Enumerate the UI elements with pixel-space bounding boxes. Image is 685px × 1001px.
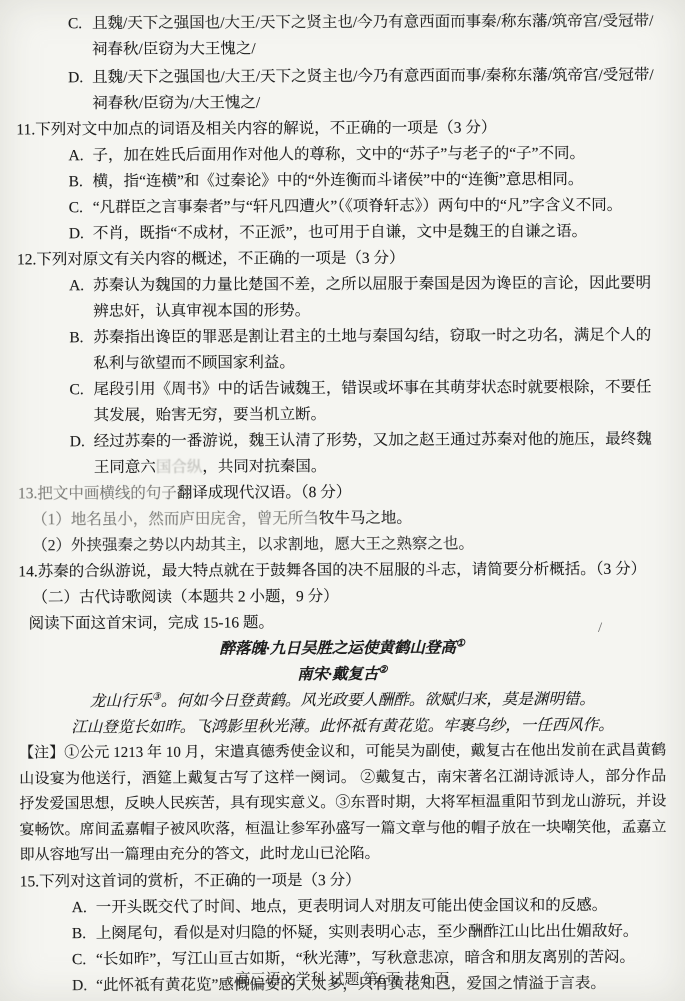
question-12-option-a: A. 苏秦认为魏国的力量比楚国不差，之所以屈服于秦国是因为谗臣的言论，因此要明辨… xyxy=(17,271,664,326)
question-14-stem: 14.苏秦的合纵游说，最大特点就在于鼓舞各国的决不屈服的斗志，请简要分析概括。（… xyxy=(18,557,665,586)
option-label: C. xyxy=(69,377,83,403)
question-12-option-d: D. 经过苏秦的一番游说，魏王认清了形势，又加之赵王通过苏秦对他的施压，最终魏王… xyxy=(18,427,665,482)
question-12-option-b: B. 苏秦指出谗臣的罪恶是割让君主的土地与秦国勾结，窃取一时之功名，满足个人的私… xyxy=(17,323,664,378)
page-footer: 高三语文学科 试题 第6页 共 8 页 xyxy=(0,968,685,989)
question-15-option-b: B. 上阕尾句，看似是对归隐的怀疑，实则表明心志，至少酬酢江山比出仕媚敌好。 xyxy=(20,918,667,947)
option-text: “凡群臣之言事秦者”与“轩凡四遭火”（《项脊轩志》）两句中的“凡”字含义不同。 xyxy=(93,197,623,216)
question-15-stem: 15.下列对这首词的赏析，不正确的一项是（3 分） xyxy=(20,866,667,895)
option-text: 苏秦指出谗臣的罪恶是割让君主的土地与秦国勾结，窃取一时之功名，满足个人的私利与欲… xyxy=(93,327,651,372)
option-label: A. xyxy=(69,273,84,299)
poem-line-1: 龙山行乐③。何如今日登黄鹤。风光政要人酬酢。欲赋归来，莫是渊明错。 xyxy=(19,687,666,716)
option-text: 横，指“连横”和《过秦论》中的“外连衡而斗诸侯”中的“连衡”意思相同。 xyxy=(93,171,584,190)
section-2-intro: 阅读下面这首宋词，完成 15-16 题。 xyxy=(28,609,665,638)
question-13-stem: 13.把文中画横线的句子翻译成现代汉语。（8 分） xyxy=(18,479,665,508)
poem-line-2: 江山登览长如昨。飞鸿影里秋光薄。此怀祗有黄花览。牢裹乌纱，一任西风作。 xyxy=(19,713,666,742)
section-2-heading: （二）古代诗歌阅读（本题共 2 小题，9 分） xyxy=(32,583,665,612)
question-11-option-a: A. 子，加在姓氏后面用作对他人的尊称，文中的“苏子”与老子的“子”不同。 xyxy=(16,141,663,170)
option-label: A. xyxy=(68,143,83,169)
option-label: B. xyxy=(69,325,83,351)
option-text: 一开头既交代了时间、地点，更表明词人对朋友可能出使金国议和的反感。 xyxy=(96,896,608,915)
poem-author-text: 南宋·戴复古 xyxy=(297,666,378,683)
option-text: “长如昨”，写江山亘古如斯，“秋光薄”，写秋意悲凉，暗含和朋友离别的苦闷。 xyxy=(96,948,635,967)
option-label: C. xyxy=(69,195,83,221)
scan-artifact-slash: / xyxy=(598,620,602,637)
question-11-option-d: D. 不肖，既指“不成材，不正派”，也可用于自谦，文中是魏王的自谦之语。 xyxy=(17,219,664,248)
option-label: B. xyxy=(69,169,83,195)
question-12-option-c: C. 尾段引用《周书》中的话告诫魏王，错误或坏事在其萌芽状态时就要根除，不要任其… xyxy=(17,375,664,430)
option-text: 不肖，既指“不成材，不正派”，也可用于自谦，文中是魏王的自谦之语。 xyxy=(93,223,587,242)
option-label: B. xyxy=(72,921,86,947)
option-label: D. xyxy=(70,429,85,455)
poem-title: 醉落魄·九日吴胜之运使黄鹤山登高① xyxy=(19,635,666,664)
exam-page: C. 且魏/天下之强国也/大王/天下之贤主也/今乃有意西面而事秦/称东藩/筑帝宫… xyxy=(0,0,685,999)
option-text: 上阕尾句，看似是对归隐的怀疑，实则表明心志，至少酬酢江山比出仕媚敌好。 xyxy=(96,922,639,941)
option-label: A. xyxy=(72,895,87,921)
option-text: 子，加在姓氏后面用作对他人的尊称，文中的“苏子”与老子的“子”不同。 xyxy=(92,145,585,164)
option-label: C. xyxy=(68,11,82,37)
question-10-option-c: C. 且魏/天下之强国也/大王/天下之贤主也/今乃有意西面而事秦/称东藩/筑帝宫… xyxy=(16,9,663,64)
option-text: 且魏/天下之强国也/大王/天下之贤主也/今乃有意西面而事/秦称东藩/筑帝宫/受冠… xyxy=(92,67,654,112)
option-text: ，共同对抗秦国。 xyxy=(202,458,326,476)
question-12-stem: 12.下列对原文有关内容的概述，不正确的一项是（3 分） xyxy=(17,245,664,274)
question-11-option-b: B. 横，指“连横”和《过秦论》中的“外连衡而斗诸侯”中的“连衡”意思相同。 xyxy=(17,167,664,196)
question-13-stem-text: 翻译成现代汉语。（8 分） xyxy=(177,484,351,502)
question-10-option-d: D. 且魏/天下之强国也/大王/天下之贤主也/今乃有意西面而事/秦称东藩/筑帝宫… xyxy=(16,63,663,118)
option-text: 苏秦认为魏国的力量比楚国不差，之所以屈服于秦国是因为谗臣的言论，因此要明辨忠奸，… xyxy=(93,275,651,320)
question-15-option-a: A. 一开头既交代了时间、地点，更表明词人对朋友可能出使金国议和的反感。 xyxy=(20,892,667,921)
poem-line-1-head: 龙山行乐 xyxy=(90,693,152,710)
note-ref-2: ② xyxy=(378,665,387,676)
option-text: 且魏/天下之强国也/大王/天下之贤主也/今乃有意西面而事秦/称东藩/筑帝宫/受冠… xyxy=(92,13,654,58)
option-text-faded: 国合纵 xyxy=(156,459,203,476)
poem-line-1-tail: 。何如今日登黄鹤。风光政要人酬酢。欲赋归来，莫是渊明错。 xyxy=(161,691,595,710)
option-text: 尾段引用《周书》中的话告诫魏王，错误或坏事在其萌芽状态时就要根除，不要任其发展，… xyxy=(93,379,651,424)
option-label: D. xyxy=(69,221,84,247)
poem-notes: 【注】①公元 1213 年 10 月，宋遣真德秀使金议和，可能吴为副使，戴复古在… xyxy=(19,739,667,869)
question-11-option-c: C. “凡群臣之言事秦者”与“轩凡四遭火”（《项脊轩志》）两句中的“凡”字含义不… xyxy=(17,193,664,222)
question-11-stem: 11.下列对文中加点的词语及相关内容的解说，不正确的一项是（3 分） xyxy=(16,115,663,144)
question-13-item-1: （1）地名虽小，然而庐田庑舍，曾无所刍牧牛马之地。 xyxy=(32,505,665,534)
note-ref-3: ③ xyxy=(152,692,161,703)
question-13-stem-faded: 13.把文中画横线的句子 xyxy=(18,485,177,503)
question-13-item-2: （2）外挟强秦之势以内劫其主，以求割地，愿大王之熟察之也。 xyxy=(32,531,665,560)
option-label: D. xyxy=(68,65,83,91)
poem-author: 南宋·戴复古② xyxy=(19,661,666,690)
translation-sentence-1-faded: （1）地名虽小，然而庐田庑舍，曾无所刍 xyxy=(32,510,319,528)
translation-sentence-1: 牧牛马之地。 xyxy=(319,510,412,527)
note-ref-1: ① xyxy=(456,638,465,649)
poem-title-text: 醉落魄·九日吴胜之运使黄鹤山登高 xyxy=(219,640,455,658)
